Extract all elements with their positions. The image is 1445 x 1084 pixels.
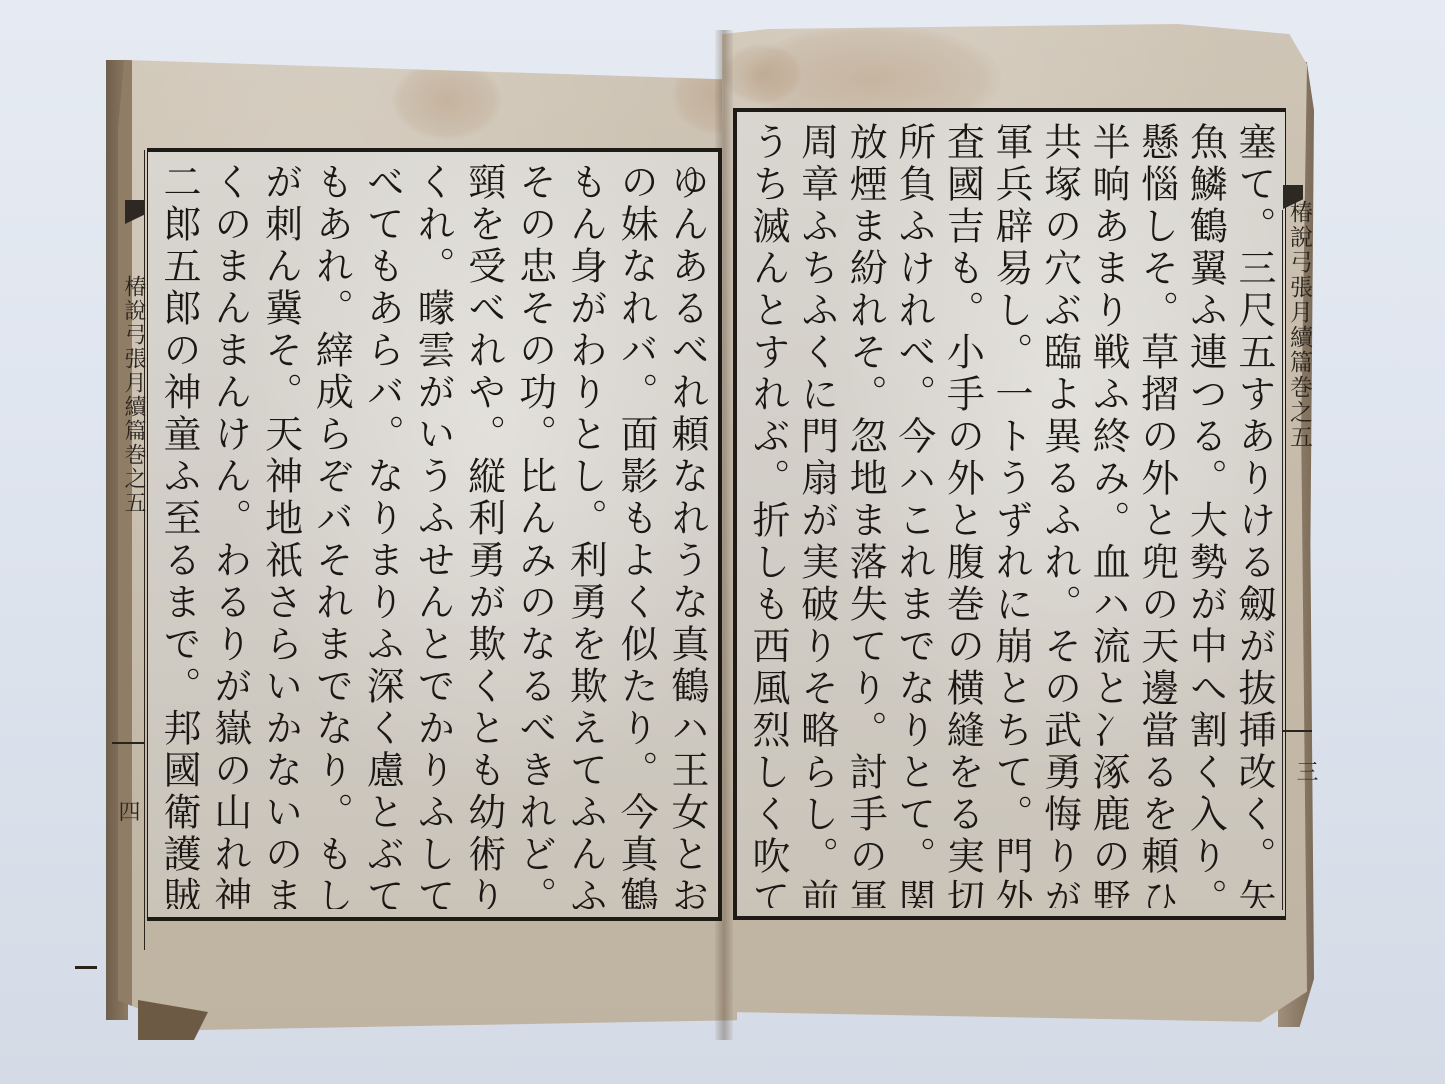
text-column: 周章ふちふくに門扇が実破りそ略らし。前ミ入り。手ふ火が (794, 122, 840, 908)
right-text-frame: 塞て。三尺五すありける劔が抜挿改く。矢庭ぶ四五人を破ら七 魚鱗鶴翼ふ連つる。大勢… (733, 108, 1286, 920)
text-column: もん身がわりとし。利勇を欺えてふんふん死しく更ま君ふ代る。 (562, 162, 608, 909)
text-column: 半晌あまり戦ふ終み。血ハ流と冫涿鹿の野ふ溢れ。屍ハ横りそ。 (1085, 122, 1131, 908)
left-page-number: 四 (112, 800, 143, 822)
left-text-frame: ゆんあるべれ頼なれうな真鶴ハ王女とおなじ手ふ生れて廉夫人 の妹なれバ。面影もよく… (147, 148, 722, 921)
right-hashira-title: 椿說弓張月續篇巻之五 (1283, 200, 1316, 450)
hashira-rule (112, 742, 144, 744)
left-hashira-title: 椿說弓張月續篇巻之五 (118, 275, 149, 515)
text-column: 魚鱗鶴翼ふ連つる。大勢が中へ割く入り。巴の字十文字ふ (1182, 122, 1228, 908)
text-column: 塞て。三尺五すありける劔が抜挿改く。矢庭ぶ四五人を破ら七 (1231, 122, 1277, 908)
hashira-rule (1282, 730, 1312, 732)
text-column: ゆんあるべれ頼なれうな真鶴ハ王女とおなじ手ふ生れて廉夫人 (664, 162, 710, 909)
text-column: 共塚の穴ぶ臨よ異るふれ。その武勇悔りがるくゑしかが夥の (1037, 122, 1083, 908)
text-column: が刺ん冀そ。天神地祇さらいかないのまんまんかん。おふつらとさお (258, 162, 304, 909)
text-column: べてもあらバ。なりまりふ深く慮とぶてそ。身が捨てのち浮む瀬 (359, 162, 405, 909)
text-column: 査國吉も。小手の外と腹巻の横縫をる実切られて深痲数箇 (939, 122, 985, 908)
text-column: 所負ふけれべ。今ハこれまでなりとて。関捷が破と閉。家ま火が (891, 122, 937, 908)
text-column: くれ。曚雲がいうふせんとでかりふして寧王女の。賤と果なさの (410, 162, 456, 909)
text-column: くのまんまんけん。わるりが嶽の山れ神。三十六島のおちちよ (207, 162, 253, 909)
text-column: 放煙ま紛れそ。忽地ま落失てり。討手の軍兵ハ此形勢ふ乗りそく (842, 122, 888, 908)
text-column: その忠その功。比んみのなるべきれど。狡猾奸雄なる利勇ぶ質 (512, 162, 558, 909)
water-stain (392, 60, 502, 140)
text-column: もあれ。縡成らぞバそれまでなり。もし利勇を撃のさんぐつくん (308, 162, 354, 909)
text-column: 二郎五郎の神童ふ至るまで。邦國衛護賊臣退治の八千鉾 (156, 162, 202, 909)
hashira-rule (144, 150, 145, 950)
text-column: 懸惱しそ。草摺の外と兜の天邊當るを頼ひよ。敲さ伏せ薙卧 (1134, 122, 1180, 908)
right-text-columns: 塞て。三尺五すありける劔が抜挿改く。矢庭ぶ四五人を破ら七 魚鱗鶴翼ふ連つる。大勢… (745, 122, 1277, 908)
open-book-photo: ゆんあるべれ頼なれうな真鶴ハ王女とおなじ手ふ生れて廉夫人 の妹なれバ。面影もよく… (0, 0, 1445, 1084)
text-column: 頸を受べれや。縦利勇が欺くとも幼術りて。千里の外も瞭然 (461, 162, 507, 909)
text-column: 軍兵辟易し。一トうずれに崩とちて。門外へぞと退く。その余 (988, 122, 1034, 908)
water-stain (722, 44, 802, 104)
text-column: うち滅んとすれぶ。折しも西風烈しく吹て。瞬く間ふ。便屋耳房 (745, 122, 791, 908)
right-page-number: 三 (1290, 760, 1321, 782)
left-text-columns: ゆんあるべれ頼なれうな真鶴ハ王女とおなじ手ふ生れて廉夫人 の妹なれバ。面影もよく… (156, 162, 710, 909)
binding-thread (75, 966, 97, 969)
text-column: の妹なれバ。面影もよく似たり。今真鶴が首ぬめく。寧王女乃 (613, 162, 659, 909)
